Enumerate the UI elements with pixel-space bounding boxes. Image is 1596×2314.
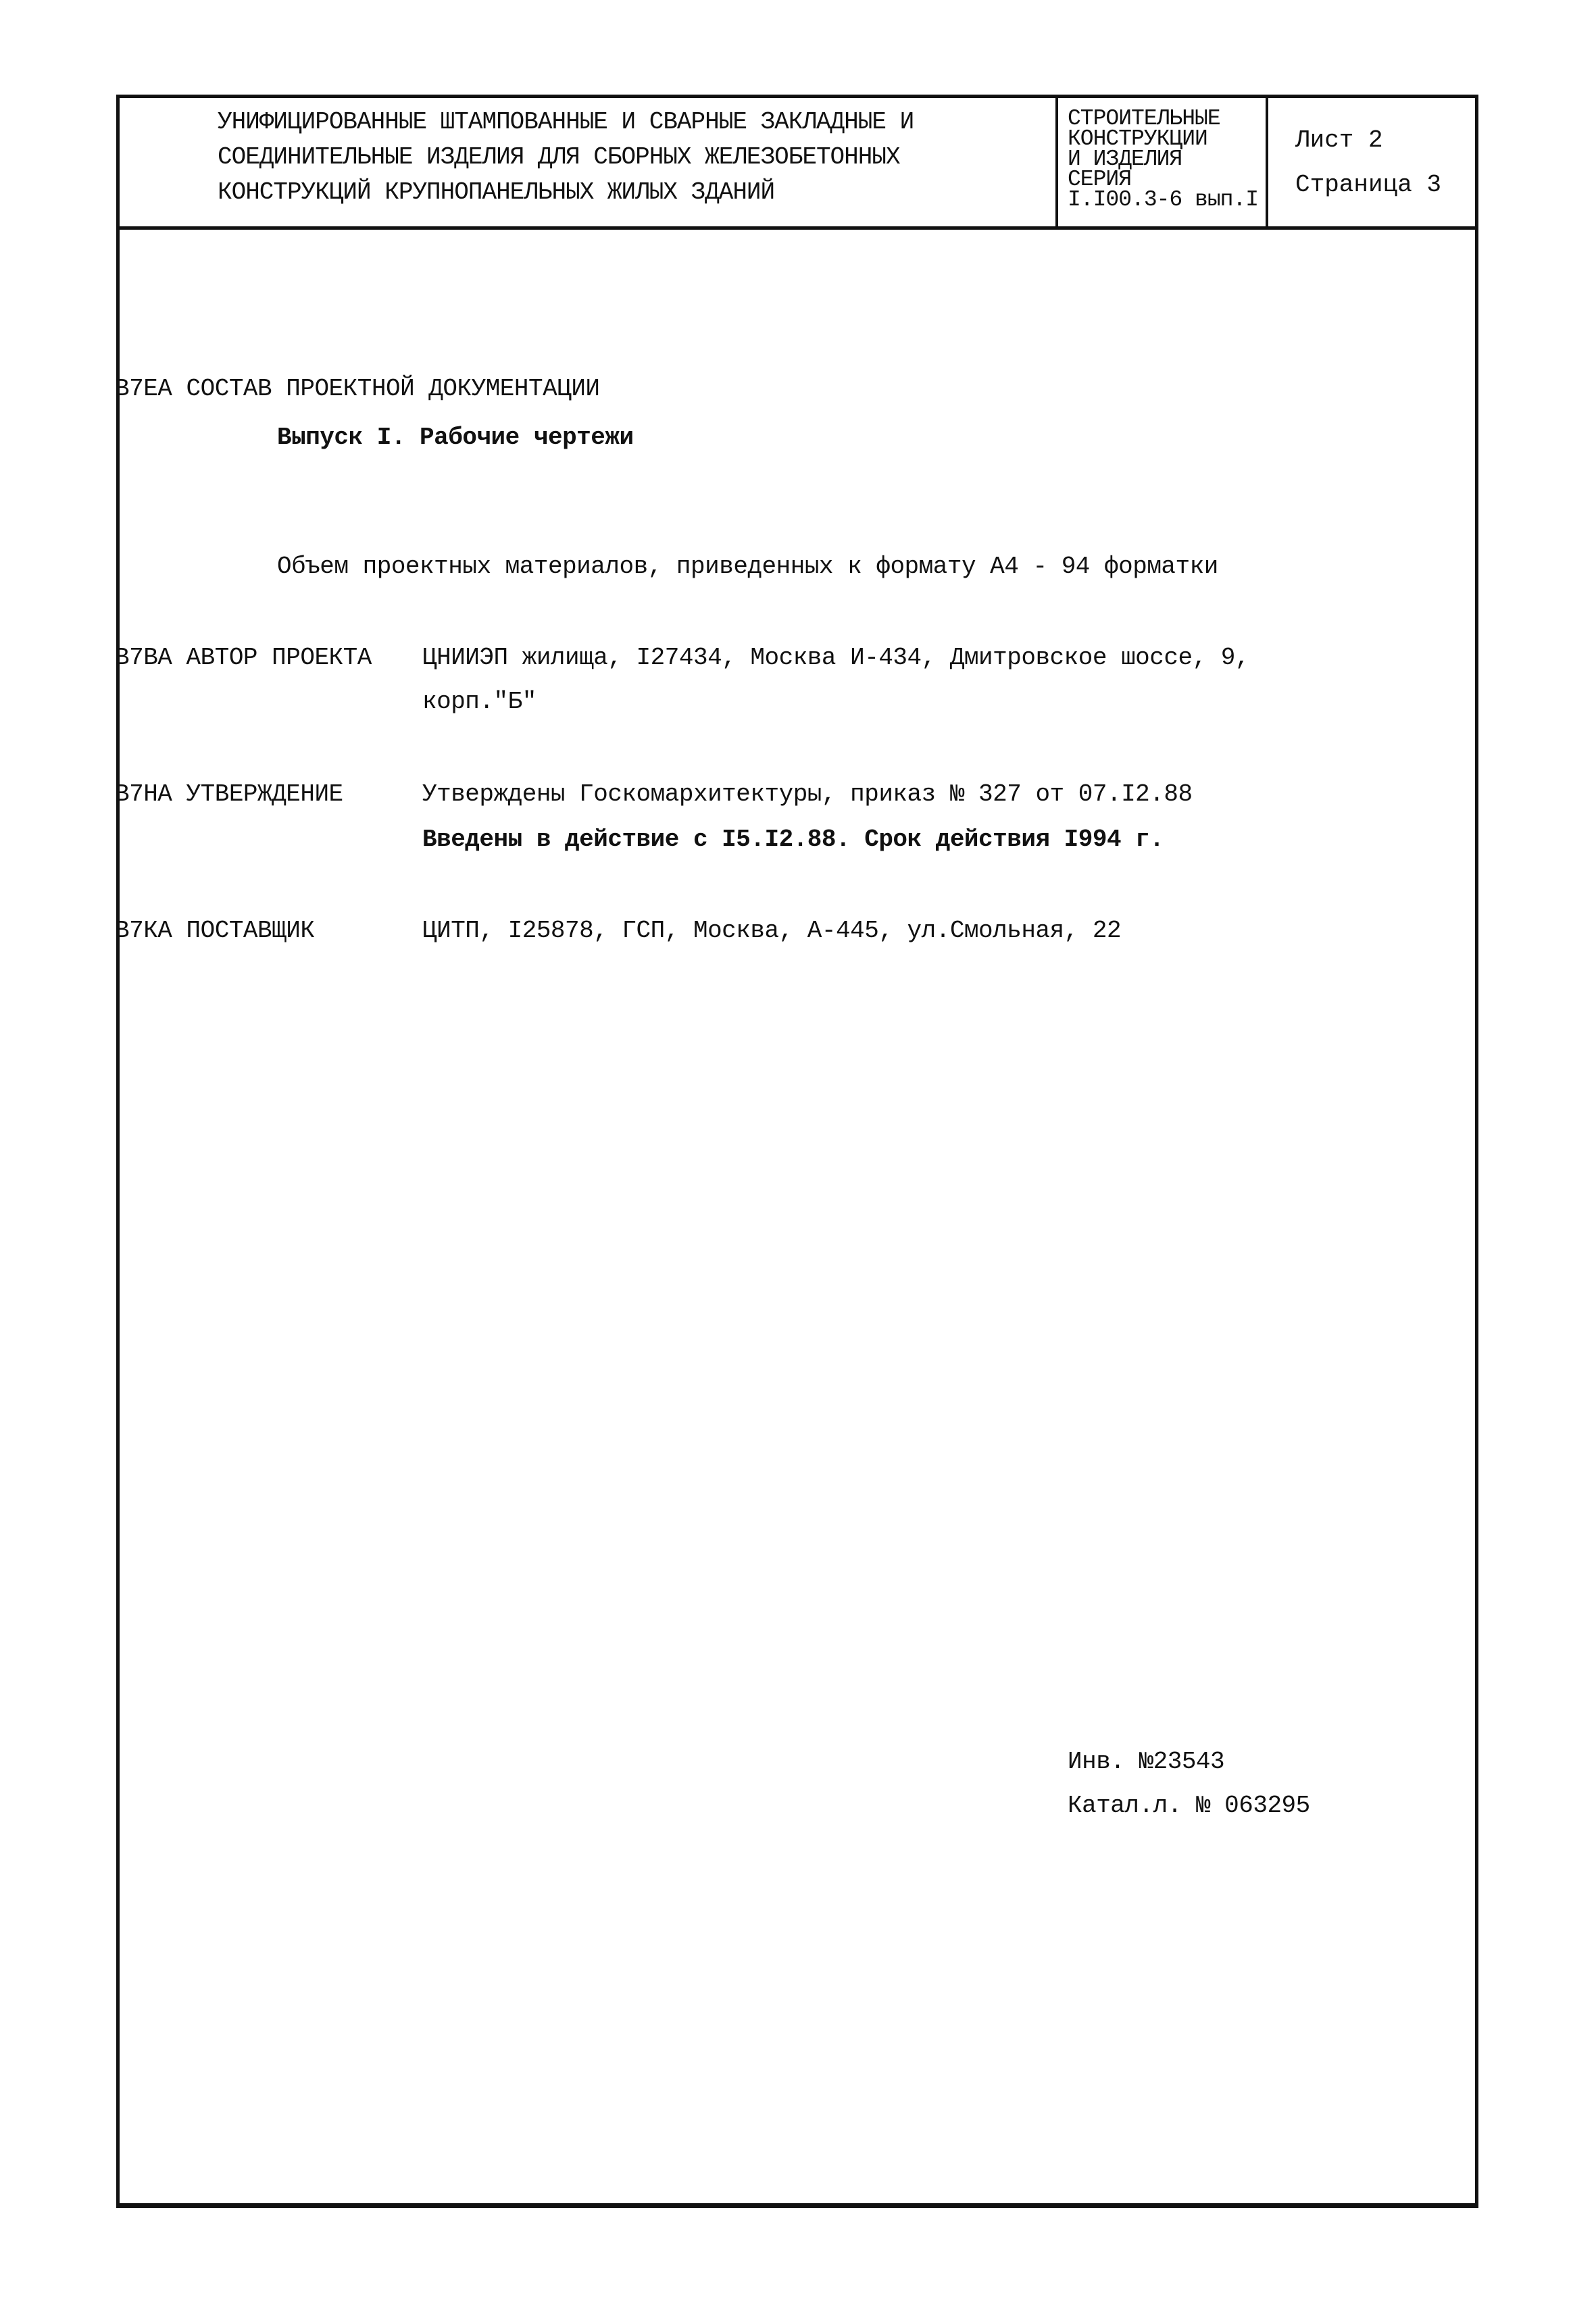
volume-text: Объем проектных материалов, приведенных … xyxy=(277,553,1218,580)
title-block: УНИФИЦИРОВАННЫЕ ШТАМПОВАННЫЕ И СВАРНЫЕ З… xyxy=(120,98,1475,230)
sheet-number: Лист 2 xyxy=(1295,118,1475,163)
series-cell: СТРОИТЕЛЬНЫЕ КОНСТРУКЦИИ И ИЗДЕЛИЯ СЕРИЯ… xyxy=(1055,98,1268,226)
title-line: УНИФИЦИРОВАННЫЕ ШТАМПОВАННЫЕ И СВАРНЫЕ З… xyxy=(218,105,1042,140)
supplier-address: ЦИТП, I25878, ГСП, Москва, А-445, ул.Смо… xyxy=(422,917,1121,945)
supplier-label: В7КА ПОСТАВЩИК xyxy=(115,917,314,945)
approval-validity: Введены в действие с I5.I2.88. Срок дейс… xyxy=(422,826,1164,853)
composition-label: В7ЕА СОСТАВ ПРОЕКТНОЙ ДОКУМЕНТАЦИИ xyxy=(115,375,600,403)
author-label: В7ВА АВТОР ПРОЕКТА xyxy=(115,644,372,672)
title-line: КОНСТРУКЦИЙ КРУПНОПАНЕЛЬНЫХ ЖИЛЫХ ЗДАНИЙ xyxy=(218,175,1042,210)
approval-label: В7НА УТВЕРЖДЕНИЕ xyxy=(115,780,343,808)
catalog-number: Катал.л. № 063295 xyxy=(1068,1792,1310,1819)
inventory-number: Инв. №23543 xyxy=(1068,1748,1224,1776)
document-title: УНИФИЦИРОВАННЫЕ ШТАМПОВАННЫЕ И СВАРНЫЕ З… xyxy=(218,105,1042,210)
page-number: Страница 3 xyxy=(1295,163,1475,207)
sheet-cell: Лист 2 Страница 3 xyxy=(1268,98,1475,226)
title-line: СОЕДИНИТЕЛЬНЫЕ ИЗДЕЛИЯ ДЛЯ СБОРНЫХ ЖЕЛЕЗ… xyxy=(218,140,1042,175)
issue-title: Выпуск I. Рабочие чертежи xyxy=(277,424,634,451)
approval-order: Утверждены Госкомархитектуры, приказ № 3… xyxy=(422,780,1193,808)
document-frame: УНИФИЦИРОВАННЫЕ ШТАМПОВАННЫЕ И СВАРНЫЕ З… xyxy=(116,95,1478,2208)
author-address-cont: корп."Б" xyxy=(422,688,537,715)
series-number: I.I00.3-6 вып.I xyxy=(1068,190,1266,210)
author-address: ЦНИИЭП жилища, I27434, Москва И-434, Дми… xyxy=(422,644,1249,672)
